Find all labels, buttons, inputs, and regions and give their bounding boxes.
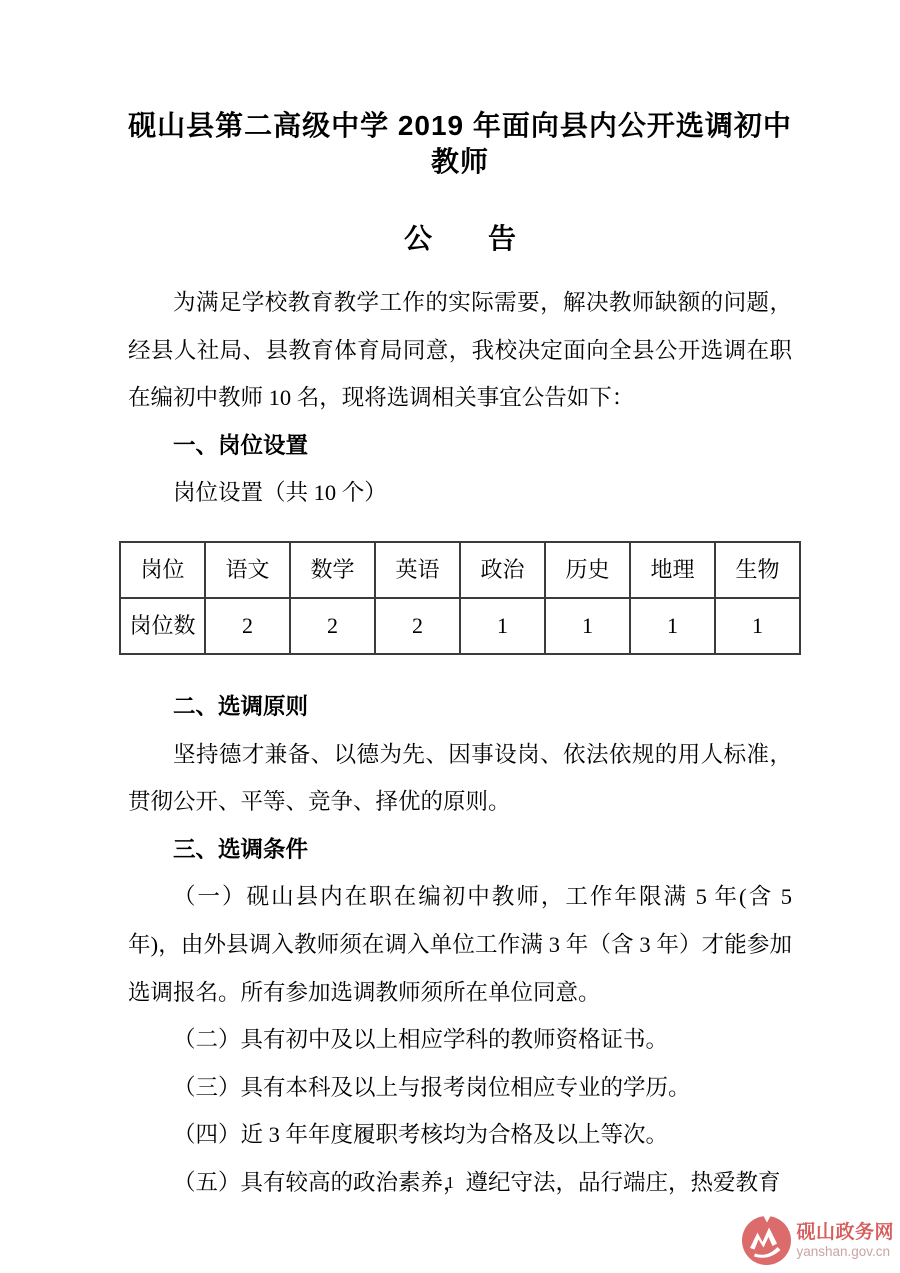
condition-item-3: （三）具有本科及以上与报考岗位相应专业的学历。: [128, 1064, 792, 1112]
logo-site-name: 砚山政务网: [796, 1223, 894, 1242]
table-cell-count: 2: [205, 598, 290, 654]
page-number: 1: [0, 1173, 900, 1193]
table-cell-count: 1: [715, 598, 800, 654]
table-cell-count: 2: [375, 598, 460, 654]
condition-item-1: （一）砚山县内在职在编初中教师，工作年限满 5 年(含 5 年)，由外县调入教师…: [128, 873, 792, 1016]
document-subtitle: 公 告: [128, 221, 792, 257]
table-cell-count: 1: [460, 598, 545, 654]
section1-subline: 岗位设置（共 10 个）: [128, 469, 792, 517]
section3-heading: 三、选调条件: [128, 826, 792, 874]
table-cell-subject: 政治: [460, 542, 545, 598]
table-cell-subject: 生物: [715, 542, 800, 598]
condition-item-4: （四）近 3 年年度履职考核均为合格及以上等次。: [128, 1111, 792, 1159]
table-cell-count: 2: [290, 598, 375, 654]
table-cell-position-label: 岗位: [120, 542, 205, 598]
document-content: 砚山县第二高级中学 2019 年面向县内公开选调初中教师 公 告 为满足学校教育…: [128, 0, 792, 1207]
logo-site-url: yanshan.gov.cn: [796, 1245, 894, 1259]
section2-heading: 二、选调原则: [128, 683, 792, 731]
table-cell-subject: 地理: [630, 542, 715, 598]
table-cell-count: 1: [630, 598, 715, 654]
positions-table: 岗位 语文 数学 英语 政治 历史 地理 生物 岗位数 2 2 2 1 1 1: [119, 541, 801, 655]
site-watermark-logo: 砚山政务网 yanshan.gov.cn: [742, 1216, 894, 1265]
table-cell-subject: 历史: [545, 542, 630, 598]
logo-text-block: 砚山政务网 yanshan.gov.cn: [796, 1223, 894, 1259]
table-cell-subject: 英语: [375, 542, 460, 598]
document-title: 砚山县第二高级中学 2019 年面向县内公开选调初中教师: [128, 108, 792, 180]
mountain-logo-icon: [742, 1216, 791, 1265]
table-cell-subject: 语文: [205, 542, 290, 598]
table-cell-count-label: 岗位数: [120, 598, 205, 654]
condition-item-2: （二）具有初中及以上相应学科的教师资格证书。: [128, 1016, 792, 1064]
section2-body: 坚持德才兼备、以德为先、因事设岗、依法依规的用人标准，贯彻公开、平等、竞争、择优…: [128, 731, 792, 826]
positions-table-header-row: 岗位 语文 数学 英语 政治 历史 地理 生物: [120, 542, 800, 598]
section1-heading: 一、岗位设置: [128, 422, 792, 470]
document-page: 砚山县第二高级中学 2019 年面向县内公开选调初中教师 公 告 为满足学校教育…: [0, 0, 900, 1273]
intro-paragraph: 为满足学校教育教学工作的实际需要，解决教师缺额的问题，经县人社局、县教育体育局同…: [128, 279, 792, 422]
positions-table-value-row: 岗位数 2 2 2 1 1 1 1: [120, 598, 800, 654]
table-cell-subject: 数学: [290, 542, 375, 598]
table-cell-count: 1: [545, 598, 630, 654]
